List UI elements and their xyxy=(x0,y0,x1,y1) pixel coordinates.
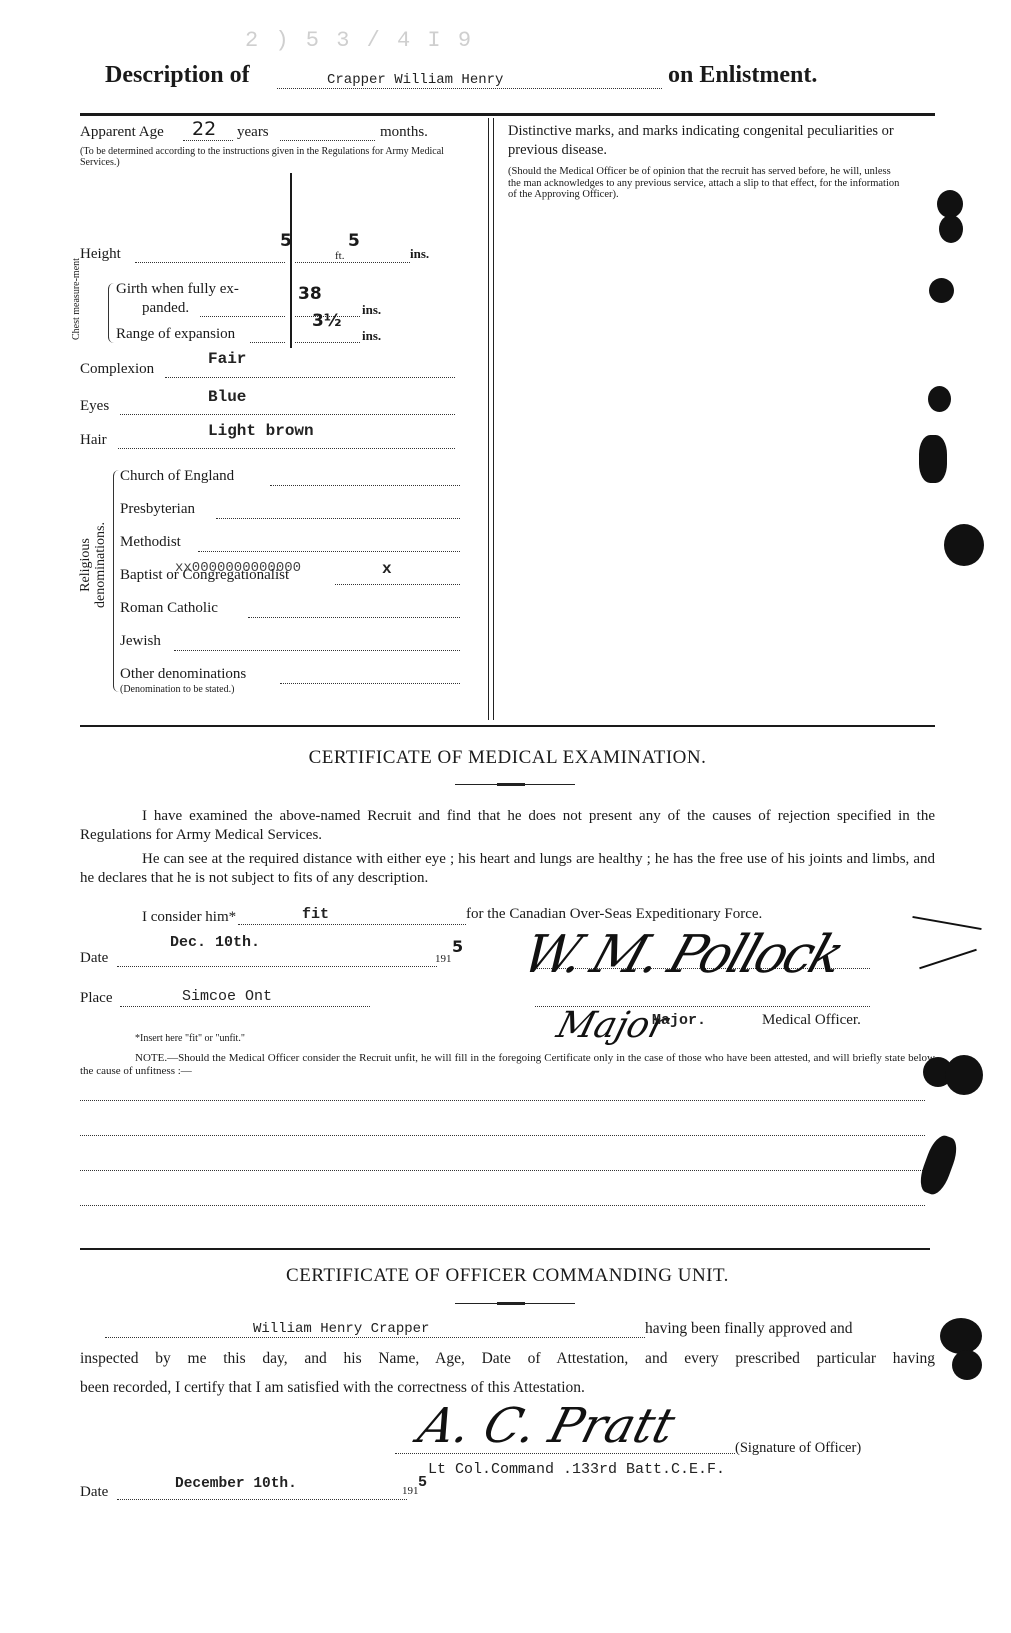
title-ornament-center xyxy=(497,783,525,786)
consider-suffix-text: for the Canadian Over-Seas Expeditionary… xyxy=(466,906,762,922)
distinctive-marks-heading: Distinctive marks, and marks indicating … xyxy=(508,122,903,160)
lower-rule xyxy=(80,1248,930,1250)
title-ornament-center xyxy=(497,1302,525,1305)
punch-hole xyxy=(939,215,963,243)
title-suffix: on Enlistment. xyxy=(668,62,817,89)
height-dots xyxy=(135,262,285,263)
religion-brace xyxy=(113,470,120,692)
consider-value: fit xyxy=(302,906,329,923)
punch-hole xyxy=(944,524,984,566)
description-panel: Apparent Age 22 years months. (To be det… xyxy=(80,118,470,723)
title-name-dots xyxy=(277,88,662,89)
girth-label-1: Girth when fully ex- xyxy=(116,281,239,298)
months-label: months. xyxy=(380,124,428,141)
age-months-dots xyxy=(280,140,375,141)
hair-dots xyxy=(118,448,455,449)
range-value: 3½ xyxy=(312,311,341,331)
unfitness-line-3[interactable] xyxy=(80,1170,925,1171)
recruit-name: Crapper William Henry xyxy=(327,72,503,88)
height-ins-label: ins. xyxy=(410,246,429,262)
place-label: Place xyxy=(80,990,112,1007)
eyes-value: Blue xyxy=(208,388,246,406)
medical-date-value: Dec. 10th. xyxy=(170,934,260,951)
distinctive-marks-panel: Distinctive marks, and marks indicating … xyxy=(508,122,903,201)
complexion-value: Fair xyxy=(208,350,246,368)
hair-value: Light brown xyxy=(208,422,314,440)
commanding-date-label: Date xyxy=(80,1484,108,1501)
rank-typed: Major. xyxy=(652,1012,706,1029)
commanding-date-value: December 10th. xyxy=(175,1476,297,1492)
religion-label-2: denominations. xyxy=(93,480,108,650)
age-note: (To be determined according to the instr… xyxy=(80,146,460,168)
range-ins-label: ins. xyxy=(362,328,381,344)
age-years-value: 22 xyxy=(192,118,216,140)
height-label: Height xyxy=(80,246,121,263)
range-label: Range of expansion xyxy=(116,326,235,343)
chest-measurement-label: Chest measure-ment xyxy=(72,270,82,340)
religion-item-roman-catholic: Roman Catholic xyxy=(120,600,218,617)
medical-para-2: He can see at the required distance with… xyxy=(80,850,935,888)
commanding-officer-rank: Lt Col.Command .133rd Batt.C.E.F. xyxy=(428,1461,725,1478)
chest-brace xyxy=(108,283,115,343)
religion-dots xyxy=(216,518,460,519)
religion-item-presbyterian: Presbyterian xyxy=(120,501,195,518)
column-divider xyxy=(488,118,494,720)
religion-label-1: Religious xyxy=(78,480,93,650)
girth-value: 38 xyxy=(298,284,322,304)
medical-year-suffix: 5 xyxy=(452,937,463,956)
height-in-value: 5 xyxy=(348,231,360,251)
religion-group-label: Religious denominations. xyxy=(78,480,108,650)
unfitness-line-2[interactable] xyxy=(80,1135,925,1136)
place-value: Simcoe Ont xyxy=(182,988,272,1005)
religion-overtype: xx0000000000000 xyxy=(175,560,301,576)
medical-officer-signature: W. M. Pollock xyxy=(515,925,849,985)
punch-hole xyxy=(916,1132,962,1198)
ft-label: ft. xyxy=(335,250,344,262)
hair-label: Hair xyxy=(80,432,107,449)
years-label: years xyxy=(237,124,269,141)
commanding-date-dots xyxy=(117,1499,407,1500)
insert-note: *Insert here "fit" or "unfit." xyxy=(135,1033,245,1044)
punch-hole xyxy=(940,1318,982,1354)
religion-dots xyxy=(335,584,460,585)
eyes-dots xyxy=(120,414,455,415)
age-years-dots xyxy=(183,140,233,141)
religion-dots xyxy=(198,551,460,552)
measure-divider xyxy=(290,173,292,348)
place-dots xyxy=(120,1006,370,1007)
commanding-year-suffix: 5 xyxy=(418,1474,427,1491)
religion-dots xyxy=(270,485,460,486)
religion-other-note: (Denomination to be stated.) xyxy=(120,684,234,696)
commanding-line-1-suffix: having been finally approved and xyxy=(645,1320,852,1338)
signature-of-officer-label: (Signature of Officer) xyxy=(735,1440,861,1457)
religion-item-other: Other denominations xyxy=(120,666,246,683)
consider-prefix: I consider him* xyxy=(142,908,236,927)
religion-dots xyxy=(174,650,460,651)
unfitness-line-1[interactable] xyxy=(80,1100,925,1101)
apparent-age-label: Apparent Age xyxy=(80,124,164,141)
height-ft-value: 5 xyxy=(280,231,292,251)
medical-date-label: Date xyxy=(80,950,108,967)
medical-para-1: I have examined the above-named Recruit … xyxy=(80,807,935,845)
girth-label-2: panded. xyxy=(142,300,189,317)
medical-certificate-title: CERTIFICATE OF MEDICAL EXAMINATION. xyxy=(80,747,935,769)
religion-item-methodist: Methodist xyxy=(120,534,181,551)
document-title: Description of Crapper William Henry on … xyxy=(105,60,865,96)
complexion-label: Complexion xyxy=(80,361,154,378)
religion-dots xyxy=(248,617,460,618)
punch-hole xyxy=(945,1055,983,1095)
title-prefix: Description of xyxy=(105,62,250,89)
punch-hole xyxy=(928,386,951,412)
medical-date-dots xyxy=(117,966,437,967)
commanding-year-prefix: 191 xyxy=(402,1485,419,1497)
religion-item-jewish: Jewish xyxy=(120,633,161,650)
punch-hole xyxy=(937,190,963,218)
religion-dots xyxy=(280,683,460,684)
religion-item-church-of-england: Church of England xyxy=(120,468,234,485)
faded-stamp: 2 ) 5 3 / 4 I 9 xyxy=(245,28,473,53)
religion-mark-baptist: x xyxy=(382,560,392,578)
commanding-certificate-title: CERTIFICATE OF OFFICER COMMANDING UNIT. xyxy=(80,1265,935,1287)
mid-rule xyxy=(80,725,935,727)
consider-suffix: for the Canadian Over-Seas Expeditionary… xyxy=(466,906,762,923)
margin-mark xyxy=(912,916,981,930)
commanding-line-2: inspected by me this day, and his Name, … xyxy=(80,1350,935,1368)
complexion-dots xyxy=(165,377,455,378)
punch-hole xyxy=(929,278,954,303)
commanding-line-3: been recorded, I certify that I am satis… xyxy=(80,1379,585,1397)
girth-ins-label: ins. xyxy=(362,302,381,318)
girth-dots xyxy=(200,316,285,317)
margin-mark xyxy=(919,949,977,969)
height-value-dots xyxy=(295,262,410,263)
medical-officer-title: Medical Officer. xyxy=(762,1012,861,1029)
distinctive-marks-note: (Should the Medical Officer be of opinio… xyxy=(508,166,903,201)
commanding-recruit-name: William Henry Crapper xyxy=(253,1321,429,1337)
unfitness-line-4[interactable] xyxy=(80,1205,925,1206)
range-dots xyxy=(250,342,285,343)
punch-hole xyxy=(919,435,947,483)
top-rule xyxy=(80,113,935,116)
consider-dots xyxy=(238,924,466,925)
punch-hole xyxy=(952,1350,982,1380)
medical-note: NOTE.—Should the Medical Officer conside… xyxy=(80,1052,935,1078)
commanding-name-dots xyxy=(105,1337,645,1338)
eyes-label: Eyes xyxy=(80,398,109,415)
range-value-dots xyxy=(295,342,360,343)
commanding-officer-signature: A. C. Pratt xyxy=(412,1398,680,1454)
medical-year-prefix: 191 xyxy=(435,953,452,965)
